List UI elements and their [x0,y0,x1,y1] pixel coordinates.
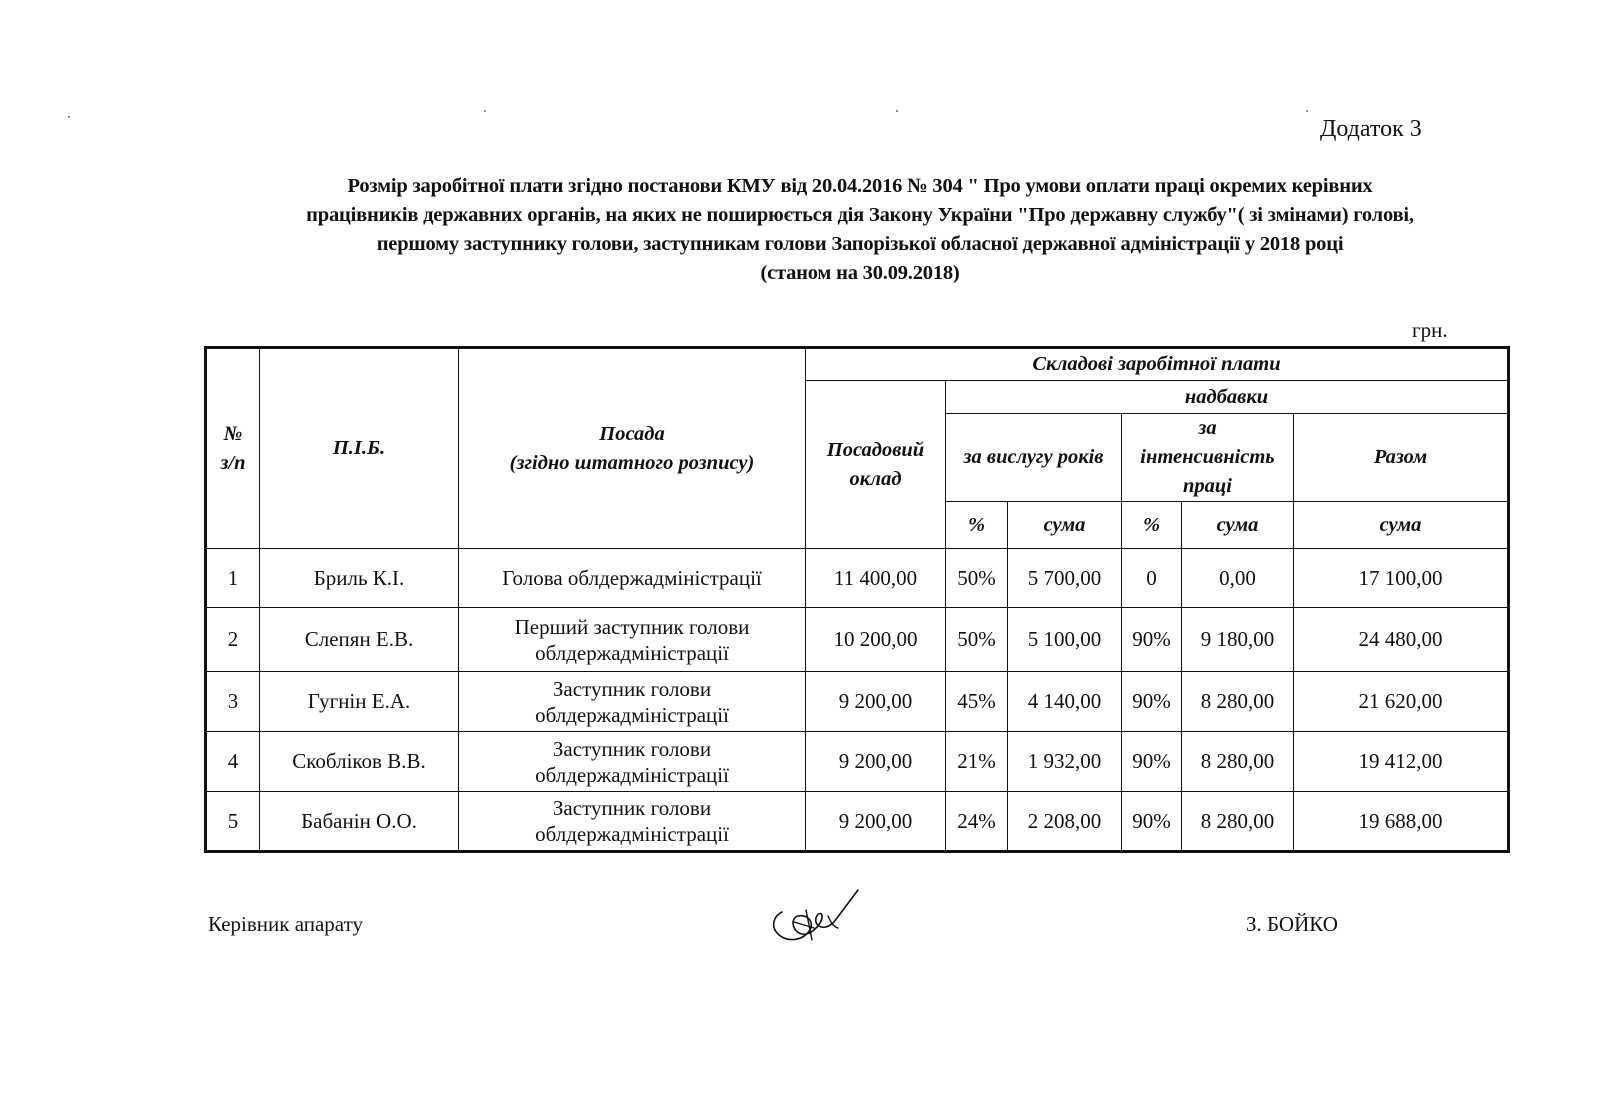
header-intensity-sum: сума [1182,502,1294,549]
cell-total: 19 412,00 [1294,732,1509,792]
salary-table: № з/п П.І.Б. Посада (згідно штатного роз… [204,346,1510,853]
position-line: облдержадміністрації [459,702,805,728]
cell-intensity-sum: 9 180,00 [1182,608,1294,672]
header-position-line: (згідно штатного розпису) [459,449,805,478]
position-line: облдержадміністрації [459,640,805,666]
cell-base-salary: 9 200,00 [806,672,946,732]
cell-total: 17 100,00 [1294,549,1509,608]
appendix-label: Додаток 3 [1320,116,1422,143]
cell-total: 19 688,00 [1294,792,1509,852]
header-seniority-percent: % [946,502,1008,549]
title-line: (станом на 30.09.2018) [200,259,1520,288]
header-num-line: з/п [207,449,259,478]
header-intensity-line: праці [1122,472,1293,501]
cell-num: 5 [206,792,260,852]
scan-speck [68,116,70,118]
cell-seniority-sum: 5 700,00 [1008,549,1122,608]
header-intensity-line: за [1122,414,1293,443]
scan-speck [1306,110,1308,112]
scan-speck [484,110,486,112]
cell-seniority-sum: 4 140,00 [1008,672,1122,732]
cell-intensity-sum: 8 280,00 [1182,672,1294,732]
position-line: Заступник голови [459,795,805,821]
cell-position: Заступник голови облдержадміністрації [459,732,806,792]
cell-seniority-percent: 21% [946,732,1008,792]
table-row: 1 Бриль К.І. Голова облдержадміністрації… [206,549,1509,608]
cell-base-salary: 11 400,00 [806,549,946,608]
cell-num: 2 [206,608,260,672]
header-name: П.І.Б. [260,348,459,549]
position-line: Заступник голови [459,676,805,702]
cell-position: Голова облдержадміністрації [459,549,806,608]
cell-seniority-percent: 50% [946,608,1008,672]
signatory-title: Керівник апарату [208,912,363,937]
scan-speck [896,110,898,112]
cell-seniority-percent: 24% [946,792,1008,852]
cell-name: Гугнін Е.А. [260,672,459,732]
cell-total: 21 620,00 [1294,672,1509,732]
position-line: облдержадміністрації [459,821,805,847]
header-base-salary: Посадовий оклад [806,381,946,549]
cell-seniority-sum: 5 100,00 [1008,608,1122,672]
cell-intensity-percent: 0 [1122,549,1182,608]
header-intensity-percent: % [1122,502,1182,549]
cell-base-salary: 9 200,00 [806,732,946,792]
cell-intensity-percent: 90% [1122,732,1182,792]
cell-base-salary: 9 200,00 [806,792,946,852]
cell-num: 3 [206,672,260,732]
table-row: 2 Слепян Е.В. Перший заступник голови об… [206,608,1509,672]
cell-intensity-sum: 8 280,00 [1182,732,1294,792]
cell-intensity-percent: 90% [1122,672,1182,732]
table-row: 5 Бабанін О.О. Заступник голови облдержа… [206,792,1509,852]
signatory-name: З. БОЙКО [1246,912,1338,937]
header-allowances: надбавки [946,381,1509,414]
header-base-line: оклад [806,465,945,494]
table-row: 4 Скобліков В.В. Заступник голови облдер… [206,732,1509,792]
cell-intensity-percent: 90% [1122,792,1182,852]
cell-num: 1 [206,549,260,608]
header-components: Складові заробітної плати [806,348,1509,381]
cell-name: Слепян Е.В. [260,608,459,672]
header-position-line: Посада [459,420,805,449]
cell-position: Заступник голови облдержадміністрації [459,792,806,852]
position-line: Заступник голови [459,736,805,762]
cell-seniority-sum: 2 208,00 [1008,792,1122,852]
cell-name: Бабанін О.О. [260,792,459,852]
title-line: Розмір заробітної плати згідно постанови… [200,172,1520,201]
header-intensity: за інтенсивність праці [1122,414,1294,502]
cell-intensity-sum: 0,00 [1182,549,1294,608]
position-line: Перший заступник голови [459,614,805,640]
header-num: № з/п [206,348,260,549]
cell-name: Бриль К.І. [260,549,459,608]
table-row: 3 Гугнін Е.А. Заступник голови облдержад… [206,672,1509,732]
position-line: Голова облдержадміністрації [459,565,805,591]
cell-seniority-percent: 45% [946,672,1008,732]
header-num-line: № [207,420,259,449]
header-seniority: за вислугу років [946,414,1122,502]
currency-unit: грн. [1412,318,1448,343]
cell-total: 24 480,00 [1294,608,1509,672]
cell-position: Заступник голови облдержадміністрації [459,672,806,732]
header-total-sum: сума [1294,502,1509,549]
title-line: першому заступнику голови, заступникам г… [200,230,1520,259]
header-intensity-line: інтенсивність [1122,443,1293,472]
cell-num: 4 [206,732,260,792]
cell-name: Скобліков В.В. [260,732,459,792]
title-line: працівників державних органів, на яких н… [200,201,1520,230]
cell-base-salary: 10 200,00 [806,608,946,672]
header-base-line: Посадовий [806,436,945,465]
position-line: облдержадміністрації [459,762,805,788]
cell-intensity-percent: 90% [1122,608,1182,672]
header-position: Посада (згідно штатного розпису) [459,348,806,549]
signature-icon [768,886,864,948]
cell-position: Перший заступник голови облдержадміністр… [459,608,806,672]
cell-seniority-percent: 50% [946,549,1008,608]
header-total: Разом [1294,414,1509,502]
cell-intensity-sum: 8 280,00 [1182,792,1294,852]
document-title: Розмір заробітної плати згідно постанови… [200,172,1520,288]
cell-seniority-sum: 1 932,00 [1008,732,1122,792]
header-seniority-sum: сума [1008,502,1122,549]
